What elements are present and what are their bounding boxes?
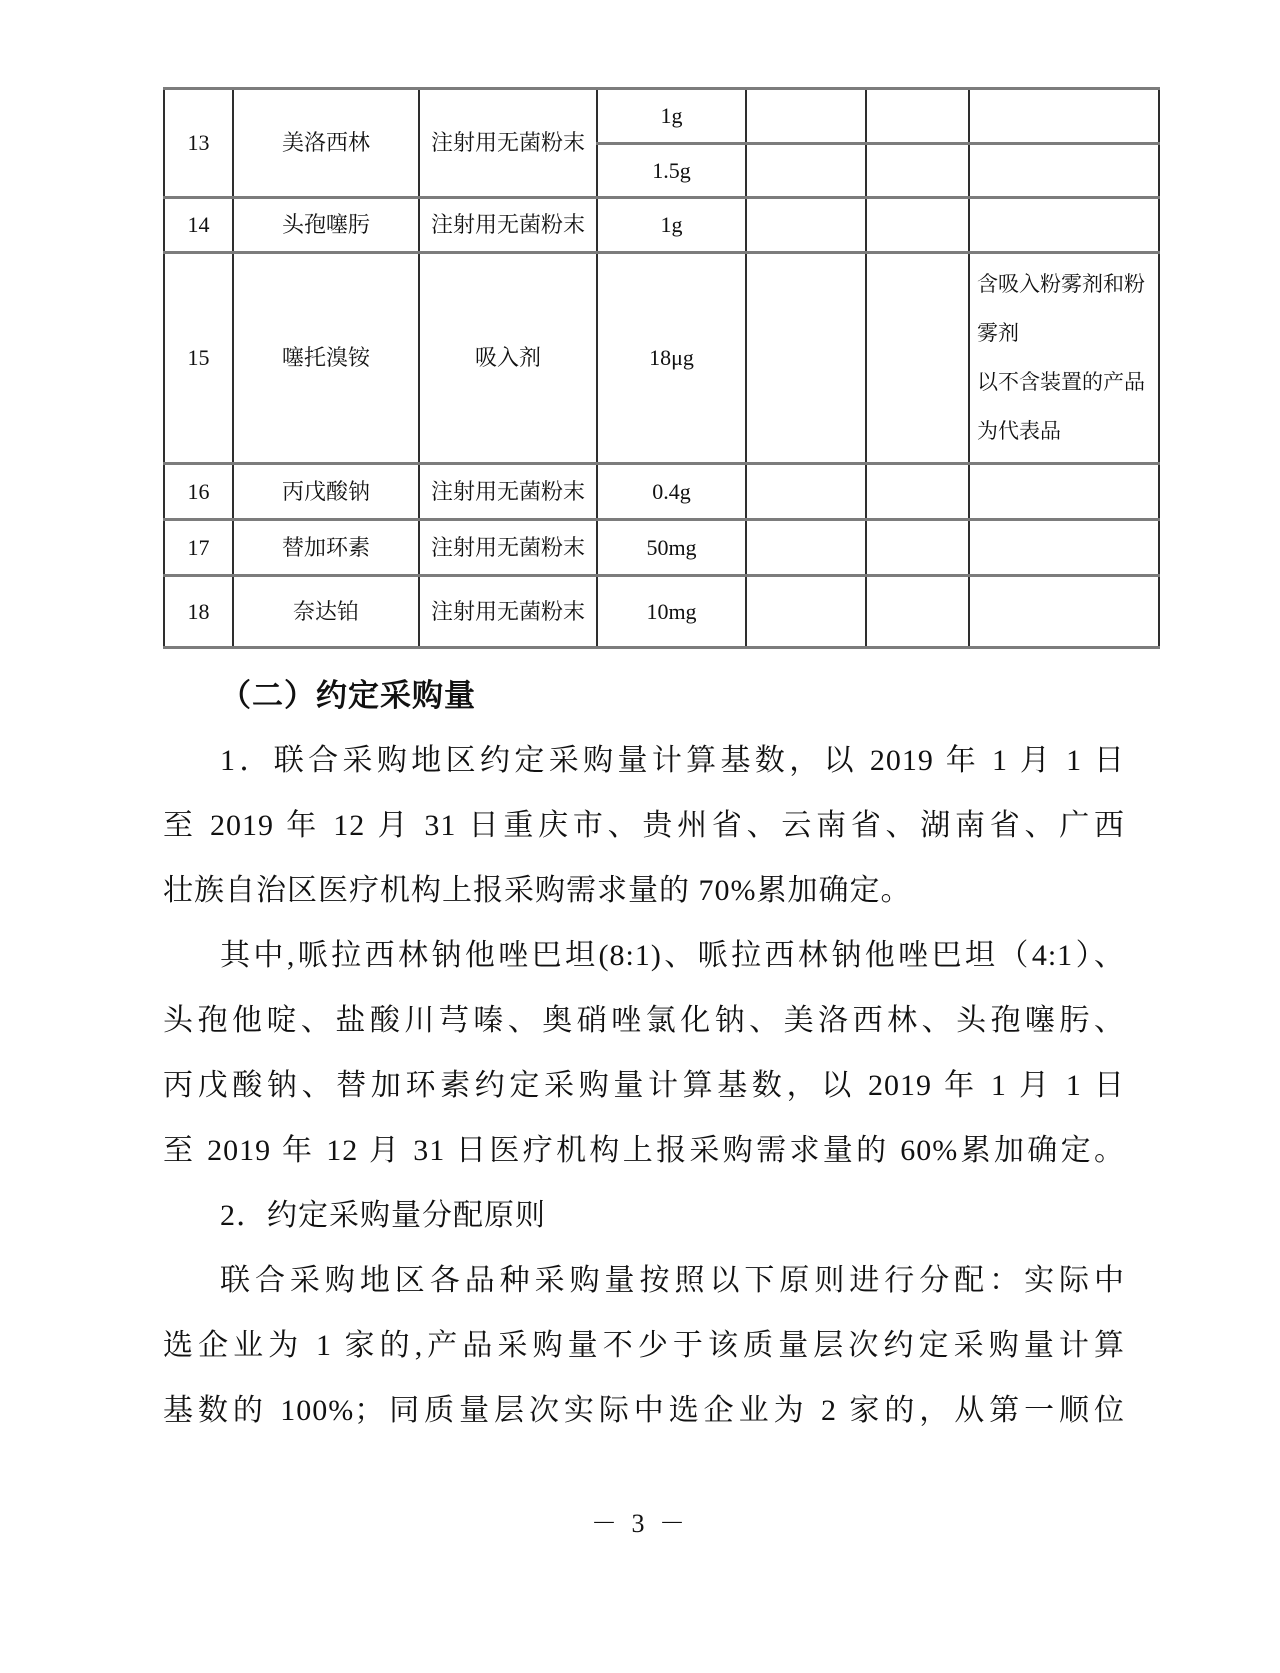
drug-name-cell: 替加环素 (233, 520, 419, 576)
empty-cell (969, 576, 1159, 648)
note-line: 为代表品 (977, 407, 1154, 456)
empty-cell (746, 198, 866, 253)
empty-cell (866, 576, 969, 648)
empty-cell (866, 464, 969, 520)
table-row: 13 美洛西林 注射用无菌粉末 1g (164, 89, 1159, 144)
empty-cell (866, 253, 969, 464)
text-line: 至 2019 年 12 月 31 日医疗机构上报采购需求量的 60%累加确定。 (163, 1118, 1125, 1183)
row-no-cell: 17 (164, 520, 233, 576)
text-line: 至 2019 年 12 月 31 日重庆市、贵州省、云南省、湖南省、广西 (163, 793, 1125, 858)
empty-cell (746, 253, 866, 464)
subsection-heading: 2．约定采购量分配原则 (163, 1183, 1125, 1248)
row-no-cell: 14 (164, 198, 233, 253)
dosage-form-cell: 注射用无菌粉末 (419, 576, 597, 648)
dosage-form-cell: 注射用无菌粉末 (419, 520, 597, 576)
spec-cell: 18μg (597, 253, 746, 464)
row-no-cell: 18 (164, 576, 233, 648)
empty-cell (746, 464, 866, 520)
empty-cell (866, 198, 969, 253)
spec-cell: 1g (597, 89, 746, 144)
spec-cell: 1.5g (597, 144, 746, 198)
empty-cell (969, 198, 1159, 253)
spec-cell: 1g (597, 198, 746, 253)
row-no-cell: 16 (164, 464, 233, 520)
empty-cell (866, 89, 969, 144)
dosage-form-cell: 注射用无菌粉末 (419, 464, 597, 520)
page-number: － 3 － (0, 1503, 1280, 1540)
text-line: 壮族自治区医疗机构上报采购需求量的 70%累加确定。 (163, 858, 1125, 923)
drug-name-cell: 丙戊酸钠 (233, 464, 419, 520)
body-text: （二）约定采购量 1．联合采购地区约定采购量计算基数，以 2019 年 1 月 … (163, 663, 1125, 1443)
note-cell: 含吸入粉雾剂和粉 雾剂 以不含装置的产品 为代表品 (969, 253, 1159, 464)
table-row: 16 丙戊酸钠 注射用无菌粉末 0.4g (164, 464, 1159, 520)
text-line: 基数的 100%；同质量层次实际中选企业为 2 家的，从第一顺位 (163, 1378, 1125, 1443)
row-no-cell: 13 (164, 89, 233, 198)
empty-cell (746, 89, 866, 144)
drug-spec-table: 13 美洛西林 注射用无菌粉末 1g 1.5g 14 头孢噻肟 注射用无菌粉末 … (163, 87, 1160, 649)
empty-cell (746, 144, 866, 198)
empty-cell (969, 464, 1159, 520)
drug-name-cell: 美洛西林 (233, 89, 419, 198)
text-line: 选企业为 1 家的,产品采购量不少于该质量层次约定采购量计算 (163, 1313, 1125, 1378)
empty-cell (746, 520, 866, 576)
empty-cell (746, 576, 866, 648)
dosage-form-cell: 吸入剂 (419, 253, 597, 464)
note-line: 雾剂 (977, 309, 1154, 358)
table-row: 15 噻托溴铵 吸入剂 18μg 含吸入粉雾剂和粉 雾剂 以不含装置的产品 为代… (164, 253, 1159, 464)
empty-cell (969, 144, 1159, 198)
empty-cell (969, 89, 1159, 144)
drug-name-cell: 噻托溴铵 (233, 253, 419, 464)
text-line: 丙戊酸钠、替加环素约定采购量计算基数，以 2019 年 1 月 1 日 (163, 1053, 1125, 1118)
text-line: 联合采购地区各品种采购量按照以下原则进行分配：实际中 (163, 1248, 1125, 1313)
note-line: 以不含装置的产品 (977, 358, 1154, 407)
table-row: 14 头孢噻肟 注射用无菌粉末 1g (164, 198, 1159, 253)
drug-name-cell: 头孢噻肟 (233, 198, 419, 253)
spec-cell: 50mg (597, 520, 746, 576)
table-row: 18 奈达铂 注射用无菌粉末 10mg (164, 576, 1159, 648)
dosage-form-cell: 注射用无菌粉末 (419, 89, 597, 198)
section-heading: （二）约定采购量 (163, 663, 1125, 728)
document-page: 13 美洛西林 注射用无菌粉末 1g 1.5g 14 头孢噻肟 注射用无菌粉末 … (0, 0, 1280, 1673)
row-no-cell: 15 (164, 253, 233, 464)
note-line: 含吸入粉雾剂和粉 (977, 260, 1154, 309)
dosage-form-cell: 注射用无菌粉末 (419, 198, 597, 253)
empty-cell (866, 520, 969, 576)
table-row: 17 替加环素 注射用无菌粉末 50mg (164, 520, 1159, 576)
text-line: 头孢他啶、盐酸川芎嗪、奥硝唑氯化钠、美洛西林、头孢噻肟、 (163, 988, 1125, 1053)
text-line: 1．联合采购地区约定采购量计算基数，以 2019 年 1 月 1 日 (163, 728, 1125, 793)
empty-cell (969, 520, 1159, 576)
spec-cell: 0.4g (597, 464, 746, 520)
empty-cell (866, 144, 969, 198)
spec-cell: 10mg (597, 576, 746, 648)
drug-name-cell: 奈达铂 (233, 576, 419, 648)
text-line: 其中,哌拉西林钠他唑巴坦(8:1)、哌拉西林钠他唑巴坦（4:1）、 (163, 923, 1125, 988)
